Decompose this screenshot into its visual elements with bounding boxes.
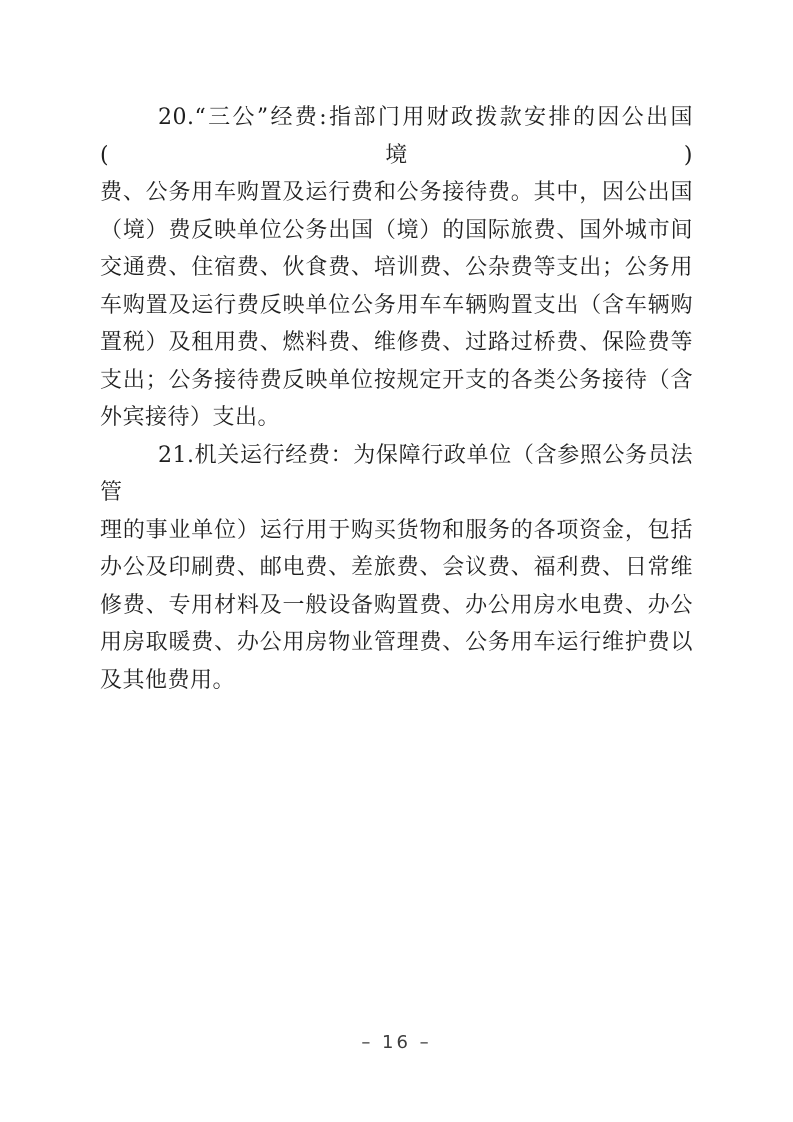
page-number: – 16 –: [361, 1032, 431, 1053]
page-footer: – 16 –: [0, 1032, 793, 1058]
text-line: 修费、专用材料及一般设备购置费、办公用房水电费、办公: [100, 587, 693, 625]
document-page: 20.“三公”经费:指部门用财政拨款安排的因公出国(境) 费、公务用车购置及运行…: [0, 0, 793, 1122]
text-line: 外宾接待）支出。: [100, 399, 693, 437]
text-line: 理的事业单位）运行用于购买货物和服务的各项资金，包括: [100, 512, 693, 550]
text-line: 办公及印刷费、邮电费、差旅费、会议费、福利费、日常维: [100, 549, 693, 587]
page-body-text: 20.“三公”经费:指部门用财政拨款安排的因公出国(境) 费、公务用车购置及运行…: [100, 99, 693, 699]
text-line: 20.“三公”经费:指部门用财政拨款安排的因公出国(境): [100, 99, 693, 174]
text-line: 费、公务用车购置及运行费和公务接待费。其中，因公出国: [100, 174, 693, 212]
text-line: （境）费反映单位公务出国（境）的国际旅费、国外城市间: [100, 212, 693, 250]
text-line: 车购置及运行费反映单位公务用车车辆购置支出（含车辆购: [100, 287, 693, 325]
text-line: 置税）及租用费、燃料费、维修费、过路过桥费、保险费等: [100, 324, 693, 362]
text-line: 交通费、住宿费、伙食费、培训费、公杂费等支出；公务用: [100, 249, 693, 287]
text-line: 21.机关运行经费：为保障行政单位（含参照公务员法管: [100, 437, 693, 512]
paragraph-term-20-sangong-expenses: 20.“三公”经费:指部门用财政拨款安排的因公出国(境) 费、公务用车购置及运行…: [100, 99, 693, 437]
text-line: 支出；公务接待费反映单位按规定开支的各类公务接待（含: [100, 362, 693, 400]
text-line: 用房取暖费、办公用房物业管理费、公务用车运行维护费以: [100, 624, 693, 662]
text-line: 及其他费用。: [100, 662, 693, 700]
paragraph-term-21-agency-operating-funds: 21.机关运行经费：为保障行政单位（含参照公务员法管 理的事业单位）运行用于购买…: [100, 437, 693, 700]
